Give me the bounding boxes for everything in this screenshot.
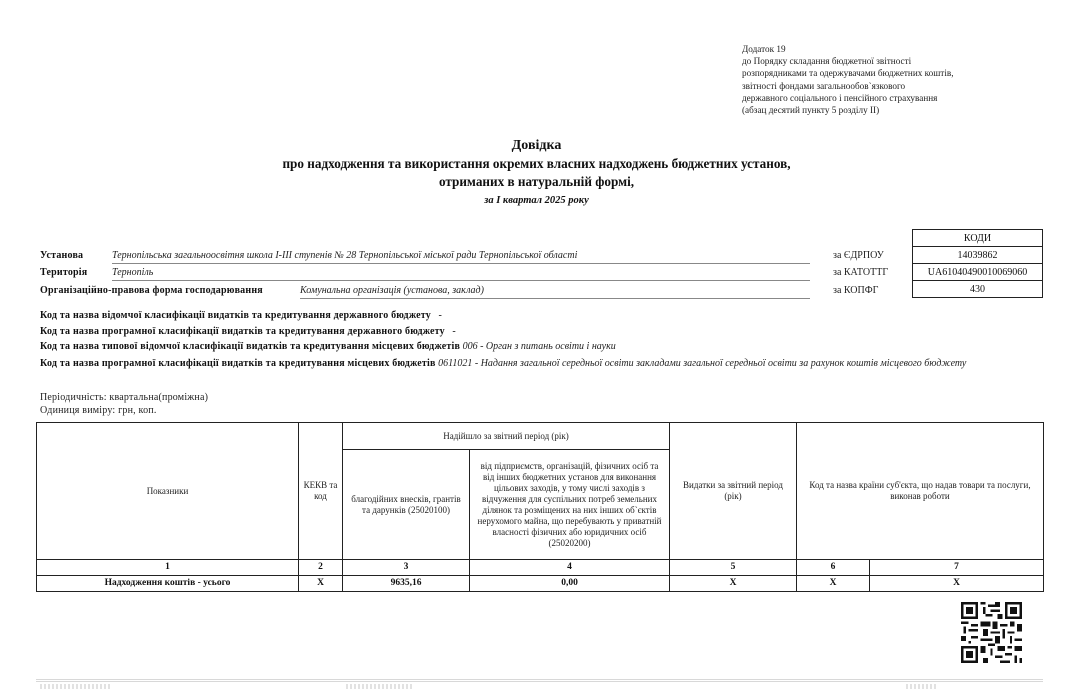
codes-header: КОДИ — [913, 230, 1043, 247]
appendix-line: (абзац десятий пункту 5 розділу II) — [742, 104, 954, 116]
territory-label: Територія — [40, 267, 87, 278]
footer-text — [346, 684, 414, 689]
cell-kekv: X — [299, 576, 343, 592]
column-number: 5 — [670, 560, 797, 576]
unit-of-measure: Одиниця виміру: грн, коп. — [40, 405, 157, 416]
legal-form-value: Комунальна організація (установа, заклад… — [300, 285, 810, 299]
header-country: Код та назва країни суб'єкта, що надав т… — [797, 423, 1044, 560]
appendix-line: державного соціального і пенсійного стра… — [742, 92, 954, 104]
classification-name: - Надання загальної середньої освіти зак… — [475, 358, 966, 369]
document-title: Довідка — [0, 138, 1073, 154]
column-number: 3 — [343, 560, 470, 576]
territory-value: Тернопіль — [112, 267, 810, 281]
document-subtitle: про надходження та використання окремих … — [0, 156, 1073, 172]
classification-label: Код та назва програмної класифікації вид… — [40, 358, 436, 369]
classification-name: - — [438, 310, 441, 321]
footer-text — [906, 684, 936, 689]
header-received-group: Надійшло за звітний період (рік) — [343, 423, 670, 450]
header-expenses: Видатки за звітний період (рік) — [670, 423, 797, 560]
classification-label: Код та назва відомчої класифікації видат… — [40, 310, 431, 321]
footer-text — [40, 684, 110, 689]
report-table: Показники КЕКВ та код Надійшло за звітни… — [36, 422, 1044, 592]
cell-enterprises: 0,00 — [470, 576, 670, 592]
cell-country-code: X — [797, 576, 870, 592]
appendix-line: розпорядниками та одержувачами бюджетних… — [742, 67, 954, 79]
code-label-kopfg: за КОПФГ — [833, 285, 878, 296]
footer-divider — [36, 681, 1043, 682]
column-number: 7 — [870, 560, 1044, 576]
classification-label: Код та назва типової відомчої класифікац… — [40, 341, 460, 352]
classification-row: Код та назва програмної класифікації вид… — [40, 357, 1030, 371]
column-number: 1 — [37, 560, 299, 576]
cell-indicator: Надходження коштів - усього — [37, 576, 299, 592]
cell-country-name: X — [870, 576, 1044, 592]
document-subtitle-2: отриманих в натуральній формі, — [0, 174, 1073, 190]
header-kekv: КЕКВ та код — [299, 423, 343, 560]
qr-code-icon — [961, 602, 1022, 663]
code-value-edrpou: 14039862 — [913, 247, 1043, 264]
header-charity: благодійних внесків, грантів та дарунків… — [343, 450, 470, 560]
periodicity: Періодичність: квартальна(проміжна) — [40, 392, 208, 403]
appendix-note: Додаток 19 до Порядку складання бюджетно… — [742, 43, 954, 116]
classification-name: - — [452, 326, 455, 337]
appendix-line: Додаток 19 — [742, 43, 954, 55]
codes-table: КОДИ 14039862 UA61040490010069060 430 — [912, 229, 1043, 298]
classification-row: Код та назва програмної класифікації вид… — [40, 326, 456, 337]
table-row: Надходження коштів - усього X 9635,16 0,… — [37, 576, 1044, 592]
appendix-line: звітності фондами загальнообов`язкового — [742, 80, 954, 92]
header-indicators: Показники — [37, 423, 299, 560]
classification-code: 0611021 — [438, 358, 472, 369]
code-value-katottg: UA61040490010069060 — [913, 264, 1043, 281]
classification-label: Код та назва програмної класифікації вид… — [40, 326, 445, 337]
institution-label: Установа — [40, 250, 83, 261]
column-number: 2 — [299, 560, 343, 576]
classification-row: Код та назва відомчої класифікації видат… — [40, 310, 442, 321]
classification-name: - Орган з питань освіти і науки — [480, 341, 616, 352]
classification-row: Код та назва типової відомчої класифікац… — [40, 341, 616, 352]
column-number: 6 — [797, 560, 870, 576]
footer-divider — [36, 679, 1043, 680]
legal-form-label: Організаційно-правова форма господарюван… — [40, 285, 263, 296]
institution-value: Тернопільська загальноосвітня школа І-ІІ… — [112, 250, 810, 264]
code-value-kopfg: 430 — [913, 281, 1043, 298]
column-number: 4 — [470, 560, 670, 576]
report-period: за I квартал 2025 року — [0, 195, 1073, 206]
code-label-edrpou: за ЄДРПОУ — [833, 250, 884, 261]
appendix-line: до Порядку складання бюджетної звітності — [742, 55, 954, 67]
cell-charity: 9635,16 — [343, 576, 470, 592]
cell-expenses: X — [670, 576, 797, 592]
header-enterprises: від підприємств, організацій, фізичних о… — [470, 450, 670, 560]
code-label-katottg: за КАТОТТГ — [833, 267, 888, 278]
classification-code: 006 — [463, 341, 478, 352]
